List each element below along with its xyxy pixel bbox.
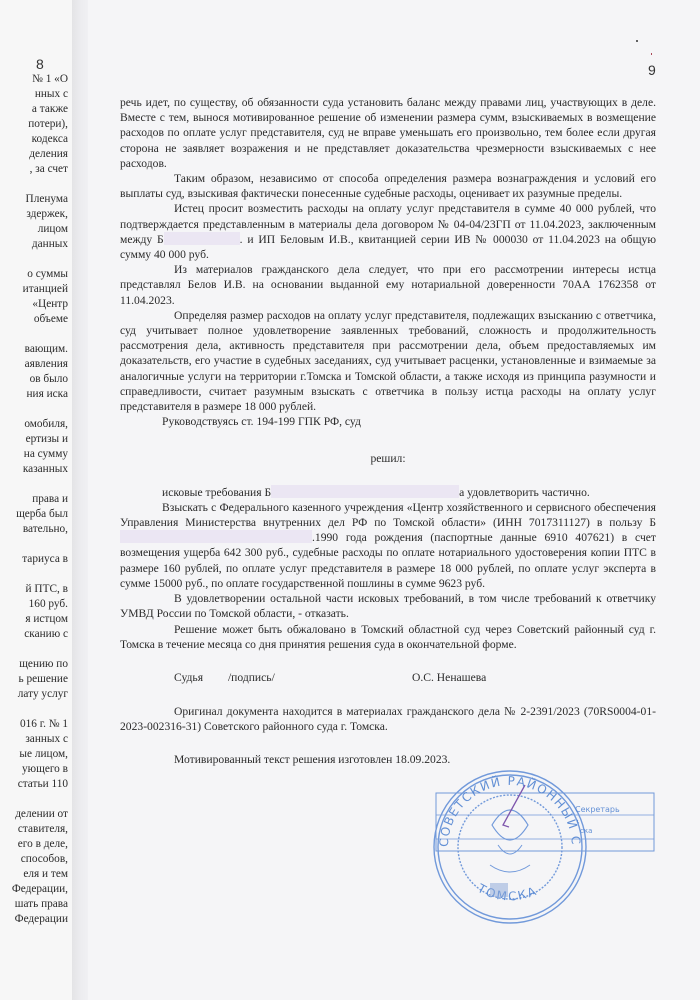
paragraph: Из материалов гражданского дела следует,… xyxy=(120,262,656,308)
left-page-number: 8 xyxy=(36,56,44,72)
paragraph: Истец просит возместить расходы на оплат… xyxy=(120,201,656,262)
left-page-line: ующего в xyxy=(22,762,68,777)
decision-heading: решил: xyxy=(120,451,656,466)
left-page-line: щерба был xyxy=(16,507,68,522)
left-page-line: 160 руб. xyxy=(29,597,68,612)
redaction-block xyxy=(164,232,240,245)
left-page-line: й ПТС, в xyxy=(26,582,68,597)
left-page-line: здержек, xyxy=(26,207,68,222)
scan-speck xyxy=(651,53,652,55)
text-run: а удовлетворить частично. xyxy=(459,486,590,499)
left-page-line: лицом xyxy=(38,222,68,237)
left-page-line: права и xyxy=(32,492,68,507)
redaction-block xyxy=(271,485,459,498)
left-page-line: о суммы xyxy=(27,267,68,282)
paragraph: В удовлетворении остальной части исковых… xyxy=(120,591,656,621)
court-seal-stamp: СОВЕТСКИЙ РАЙОННЫЙ СУД ГОРОДА ТОМСКА Сек… xyxy=(430,765,660,925)
left-page-line: Пленума xyxy=(26,192,68,207)
signature-mark: /подпись/ xyxy=(228,671,275,684)
judge-name: О.С. Ненашева xyxy=(412,670,486,685)
left-page-line: ь решение xyxy=(19,672,68,687)
left-page-line: еля и тем xyxy=(23,867,68,882)
left-page-line: шать права xyxy=(15,897,68,912)
left-page-line: итанцией xyxy=(23,282,68,297)
stamp-box-line1: Секретарь xyxy=(575,805,620,814)
document-body: речь идет, по существу, об обязанности с… xyxy=(120,95,656,768)
left-page-line: аявления xyxy=(25,357,68,372)
paragraph: Решение может быть обжаловано в Томский … xyxy=(120,622,656,652)
paragraph: Взыскать с Федерального казенного учрежд… xyxy=(120,500,656,591)
left-page-line: данных xyxy=(32,237,68,252)
left-page-line: деления xyxy=(29,147,68,162)
left-page-line: делении от xyxy=(15,807,68,822)
left-page-line: ставителя, xyxy=(18,822,68,837)
left-page-line: кодекса xyxy=(32,132,68,147)
left-page-line: ов было xyxy=(30,372,68,387)
paragraph: Таким образом, независимо от способа опр… xyxy=(120,171,656,201)
right-page-number: 9 xyxy=(648,62,656,78)
scan-speck xyxy=(636,40,638,42)
svg-text:СОВЕТСКИЙ РАЙОННЫЙ СУД ГОРОДА: СОВЕТСКИЙ РАЙОННЫЙ СУД ГОРОДА xyxy=(430,765,583,847)
left-page-line: ертизы и xyxy=(26,432,68,447)
paragraph: речь идет, по существу, об обязанности с… xyxy=(120,95,656,171)
left-page-line: щению по xyxy=(19,657,68,672)
left-page-line: я истцом xyxy=(25,612,68,627)
left-page-line: статьи 110 xyxy=(18,777,68,792)
left-page-line: тариуса в xyxy=(22,552,68,567)
left-page-line: потери), xyxy=(28,117,68,132)
seal-ring-text: СОВЕТСКИЙ РАЙОННЫЙ СУД ГОРОДА xyxy=(430,765,583,847)
left-page-line: ые лицом, xyxy=(19,747,68,762)
left-page-line: занных с xyxy=(25,732,68,747)
left-page-line: 016 г. № 1 xyxy=(20,717,68,732)
left-page-line: лату услуг xyxy=(18,687,68,702)
paragraph: Определяя размер расходов на оплату услу… xyxy=(120,308,656,414)
left-page-line: а также xyxy=(32,102,68,117)
left-page-line: нных с xyxy=(35,87,68,102)
redaction-block xyxy=(120,530,312,543)
left-page-line: казанных xyxy=(23,462,68,477)
left-page-line: вательно, xyxy=(23,522,68,537)
left-page-line: на сумму xyxy=(24,447,68,462)
left-page-line: , за счет xyxy=(30,162,68,177)
left-page-line: Федерации, xyxy=(12,882,68,897)
signature-role: Судья xyxy=(174,671,203,684)
left-page-line: «Центр xyxy=(32,297,68,312)
paragraph: исковые требования Ба удовлетворить част… xyxy=(120,485,656,500)
paragraph: Оригинал документа находится в материала… xyxy=(120,704,656,734)
left-page-line: вающим. xyxy=(25,342,68,357)
stamp-box-line2: ска xyxy=(580,827,592,835)
left-page-line: его в деле, xyxy=(18,837,68,852)
left-page-line: способов, xyxy=(21,852,68,867)
paragraph: Руководствуясь ст. 194-199 ГПК РФ, суд xyxy=(120,414,656,429)
signature-line: Судья /подпись/ О.С. Ненашева xyxy=(120,670,656,686)
left-page-line: ния иска xyxy=(26,387,68,402)
left-page-line: объеме xyxy=(34,312,68,327)
left-page-line: сканию с xyxy=(24,627,68,642)
text-run: исковые требования Б xyxy=(162,486,271,499)
text-run: Взыскать с Федерального казенного учрежд… xyxy=(120,501,656,529)
left-page-fragment: 8 № 1 «Онных са такжепотери),кодексаделе… xyxy=(0,0,72,1000)
left-page-line: омобиля, xyxy=(24,417,68,432)
left-page-line: № 1 «О xyxy=(32,72,68,87)
page-gutter xyxy=(72,0,88,1000)
left-page-line: Федерации xyxy=(15,912,68,927)
